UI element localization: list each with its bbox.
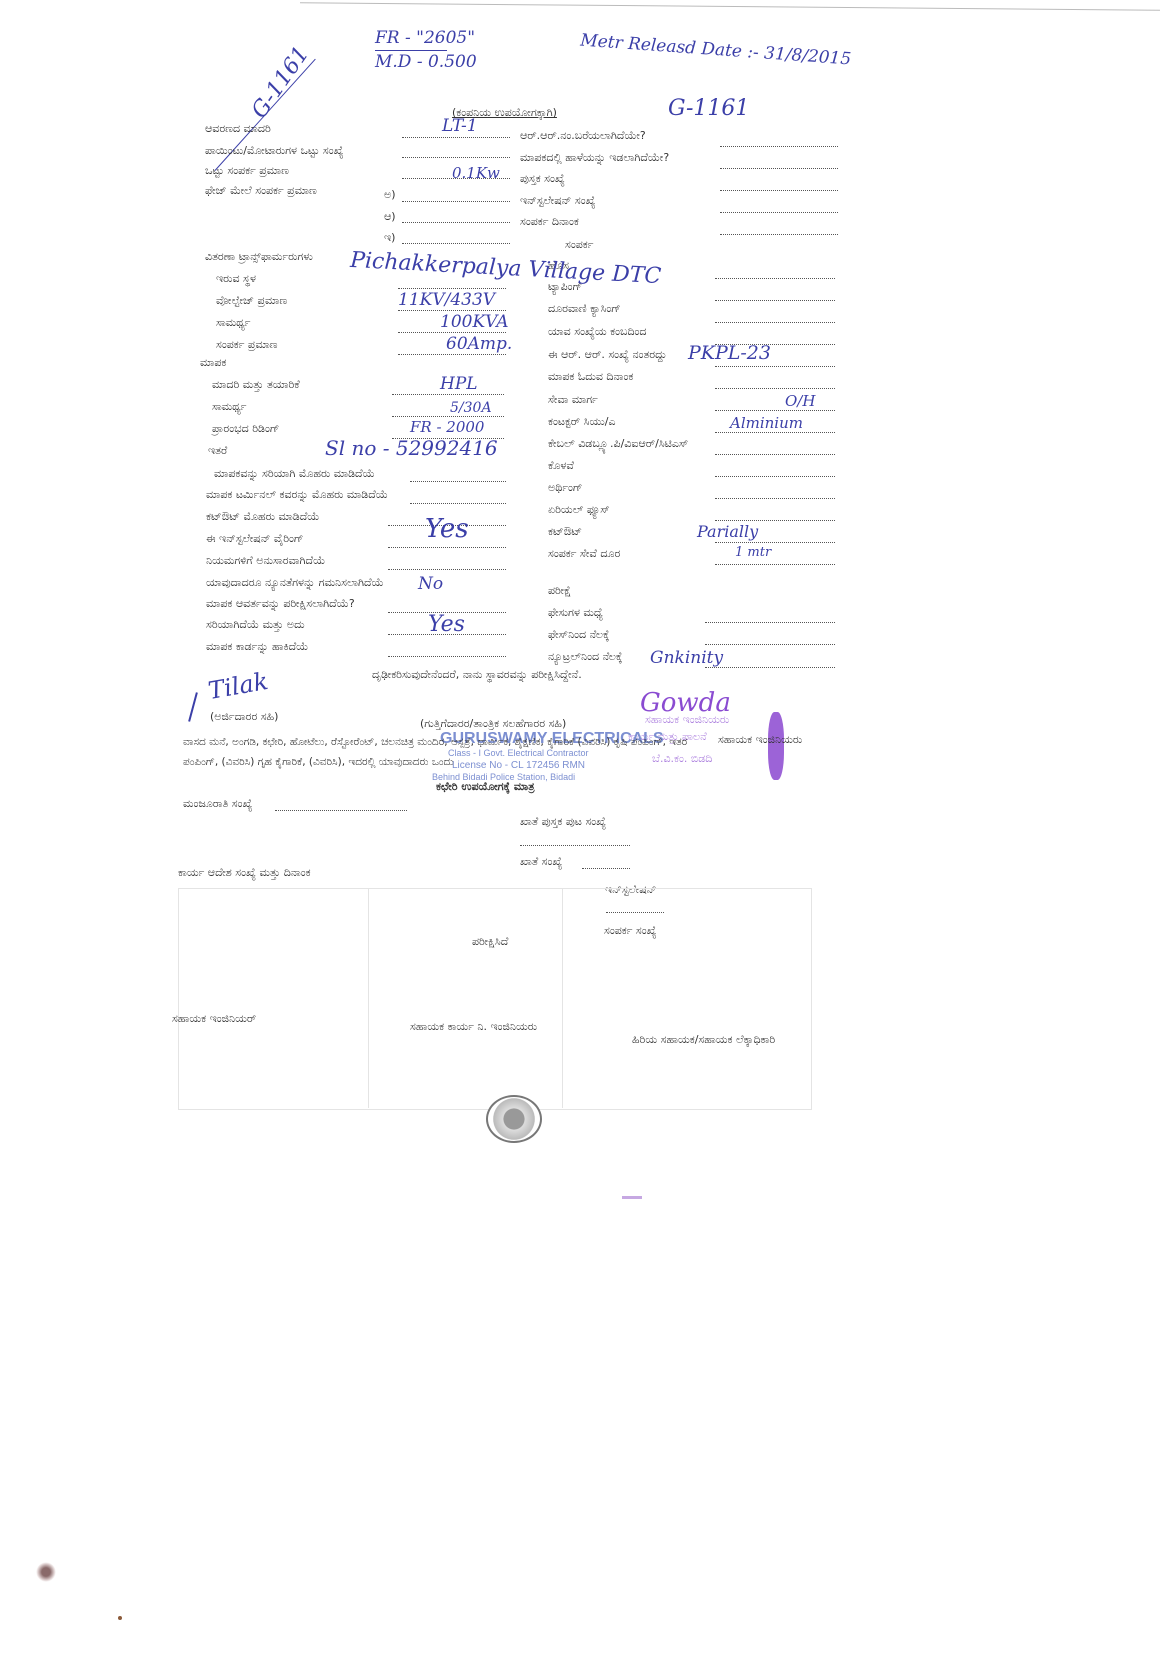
applicant-signature: Tilak [206,667,270,705]
meter-capacity-label: ಸಾಮರ್ಥ್ಯ [212,400,247,414]
contractor-stamp-class: Class - I Govt. Electrical Contractor [448,748,589,758]
contactor-label: ಕಂಟಕ್ಟರ್ ಸಿಯು/ಎ [548,415,616,429]
test-label: ಪರೀಕ್ಷೆ [548,584,571,598]
others-label: ಇತರೆ [208,444,227,458]
new-field[interactable] [715,278,835,279]
voltage-value: 11KV/433V [398,290,495,310]
page-edge [300,2,1160,11]
transformer-heading: ವಿತರಣಾ ಟ್ರಾನ್ಸ್‌ಫಾರ್ಮರುಗಳು [205,250,313,264]
contractor-sign-label: (ಗುತ್ತಿಗೆದಾರರ/ತಾಂತ್ರಿಕ ಸಲಹೆಗಾರರ ಸಹಿ) [420,717,566,731]
fraction-line [375,50,447,51]
location-value: Pichakkerpalya Village DTC [350,248,662,289]
service-distance-value: Parially [697,522,758,541]
service-distance-label: ಸಂಪರ್ಕ ಸೇವೆ ದೂರ [548,547,620,561]
terminal-sealed-label: ಮಾಪಕ ಟರ್ಮಿನಲ್ ಕವರನ್ನು ಮೊಹರು ಮಾಡಿದೆಯೆ [206,488,388,502]
phone-casing-label: ದೂರವಾಣಿ ಕ್ಯಾಸಿಂಗ್ [548,302,621,316]
meter-card-label: ಮಾಪಕ ಕಾರ್ಡನ್ನು ಹಾಕಿದೆಯೆ [206,640,308,654]
approval-no-field[interactable] [275,810,407,811]
wiring-field[interactable] [388,547,506,548]
cable-field[interactable] [715,454,835,455]
accounts-officer-label: ಹಿರಿಯ ಸಹಾಯಕ/ಸಹಾಯಕ ಲೆಕ್ಕಾಧಿಕಾರಿ [632,1033,775,1047]
between-phases-label: ಫೇಸುಗಳ ಮಧ್ಯೆ [548,606,603,620]
service-line-value: O/H [785,392,815,410]
office-use-label: ಕಛೇರಿ ಉಪಯೋಗಕ್ಕೆ ಮಾತ್ರ [436,780,535,794]
applicant-sign-label: (ಅರ್ಜಿದಾರರ ಸಹಿ) [210,710,278,724]
phase-b-field[interactable] [402,222,510,223]
between-phases-field[interactable] [705,622,835,623]
serial-no-value: Sl no - 52992416 [325,436,498,460]
premises-type-value: LT-1 [442,116,478,136]
file-number-diagonal: G-1161 [247,42,314,123]
installation-no-field[interactable] [720,212,838,213]
md-annotation: M.D - 0.500 [375,52,477,72]
phone-casing-field[interactable] [715,322,835,323]
rr-no-written-label: ಆರ್.ಆರ್.ನಂ.ಬರೆಯಲಾಗಿದೆಯೇ? [520,129,646,143]
points-motors-label: ಪಾಯಿಂಟು/ಮೋಟಾರುಗಳ ಒಟ್ಟು ಸಂಖ್ಯೆ [205,144,344,158]
applicant-sign-stroke [188,692,198,721]
book-no-label: ಪುಸ್ತಕ ಸಂಖ್ಯೆ [520,172,565,186]
work-order-label: ಕಾರ್ಯ ಆದೇಶ ಸಂಖ್ಯೆ ಮತ್ತು ದಿನಾಂಕ [178,866,311,880]
service-line-label: ಸೇವಾ ಮಾರ್ಗ [548,393,598,407]
aerial-fuse-field[interactable] [715,520,835,521]
meter-sheet-field[interactable] [720,168,838,169]
cutout-sealed-label: ಕಟ್‌ಔಟ್ ಮೊಹರು ಮಾಡಿದೆಯೆ [206,510,319,524]
rr-no-written-field[interactable] [720,146,838,147]
capacity-label: ಸಾಮರ್ಥ್ಯ [216,316,251,330]
officer-stamp-line-3: ಬೆ.ವಿ.ಕಂ. ಬಿಡದಿ [652,752,712,766]
phase-c-marker: ಇ) [384,231,395,245]
connection-label: ಸಂಪರ್ಕ [565,238,593,252]
location-field[interactable] [398,288,506,289]
location-label: ಇರುವ ಸ್ಥಳ [216,272,256,286]
pole-no-label: ಯಾವ ಸಂಖ್ಯೆಯ ಕಂಬದಿಂದ [548,325,647,339]
connection-rating-label: ಸಂಪರ್ಕ ಪ್ರಮಾಣ [216,338,278,352]
certify-text: ದೃಢೀಕರಿಸುವುದೇನೆಂದರೆ, ನಾನು ಸ್ಥಾವರವನ್ನು ಪರ… [372,668,582,682]
meter-card-yes: Yes [428,612,465,637]
earthing-label: ಅರ್ಥಿಂಗ್ [548,481,582,495]
connection-date-label: ಸಂಪರ್ಕ ದಿನಾಂಕ [520,215,579,229]
neutral-earth-label: ನ್ಯೂಟ್ರಲ್‌ನಿಂದ ನೆಲಕ್ಕೆ [548,650,622,664]
phase-load-label: ಫೇಜ್ ಮೇಲೆ ಸಂಪರ್ಕ ಪ್ರಮಾಣ [205,184,317,198]
voltage-label: ವೋಲ್ಟೇಜ್ ಪ್ರಮಾಣ [216,294,287,308]
after-rr-value: PKPL-23 [688,342,771,364]
cutout-field[interactable] [715,542,835,543]
meter-sealed-field[interactable] [410,481,506,482]
voltage-field[interactable] [398,310,506,311]
make-label: ಮಾದರಿ ಮತ್ತು ತಯಾರಿಕೆ [212,378,300,392]
meter-heading: ಮಾಪಕ [200,356,226,370]
account-no-label: ಖಾತೆ ಸಂಖ್ಯೆ [520,855,562,869]
terminal-sealed-field[interactable] [410,503,506,504]
earthing-field[interactable] [715,498,835,499]
phase-earth-label: ಫೇಸ್‌ನಿಂದ ನೆಲಕ್ಕೆ [548,628,609,642]
meter-card-field[interactable] [388,656,506,657]
scan-speck [36,1562,56,1582]
neutral-earth-field[interactable] [705,667,835,668]
meter-sheet-label: ಮಾಪಕದಲ್ಲಿ ಹಾಳೆಯನ್ನು ಇಡಲಾಗಿದೆಯೇ? [520,151,669,165]
checks-yes-bracket: Yes [425,514,469,544]
meter-release-date: Metr Releasd Date :- 31/8/2015 [580,31,852,70]
approval-no-label: ಮಂಜೂರಾತಿ ಸಂಖ್ಯೆ [183,797,252,811]
connection-rating-field[interactable] [398,354,506,355]
connection-rating-value: 60Amp. [446,334,512,354]
initial-reading-label: ಪ್ರಾರಂಭದ ರಿಡಿಂಗ್ [212,422,279,436]
points-field[interactable] [402,157,510,158]
defects-value: No [418,574,443,594]
total-load-value: 0.1Kw [452,164,500,182]
make-field[interactable] [392,394,504,395]
engineer-sign-label: ಸಹಾಯಕ ಇಂಜಿನಿಯರು [718,733,802,747]
bleedthrough-table [178,888,812,1110]
installation-no-label: ಇನ್‌ಸ್ಟಲೇಷನ್ ಸಂಖ್ಯೆ [520,194,596,208]
purple-mark [622,1196,642,1199]
premises-type-label: ಆವರಣದ ಮಾದರಿ [205,122,271,136]
cutout-label: ಕಟ್‌ಔಟ್ [548,525,582,539]
correct-label: ಸರಿಯಾಗಿದೆಯೆ ಮತ್ತು ಅದು [206,618,305,632]
distance-unit-value: 1 mtr [735,545,771,560]
ledger-page-field[interactable] [520,845,630,846]
book-no-field[interactable] [720,190,838,191]
assistant-exec-engineer-label: ಸಹಾಯಕ ಕಾರ್ಯ ನಿ. ಇಂಜಿನಿಯರು [410,1020,537,1034]
phase-a-field[interactable] [402,201,510,202]
wiring-label: ಈ ಇನ್‌ಸ್ಟಲೇಷನ್ ವೈರಿಂಗ್ [206,532,303,546]
service-line-field[interactable] [715,410,835,411]
capacity-value: 100KVA [440,312,509,332]
initial-reading-value: FR - 2000 [410,418,484,436]
contactor-field[interactable] [715,432,835,433]
meter-capacity-value: 5/30A [450,400,492,416]
service-distance-field[interactable] [715,564,835,565]
bleedthrough-divider-1 [368,888,369,1108]
defects-label: ಯಾವುದಾದರೂ ನ್ಯೂನತೆಗಳನ್ನು ಗಮನಿಸಲಾಗಿದೆಯೆ [206,576,384,590]
assistant-engineer-label: ಸಹಾಯಕ ಇಂಜಿನಿಯರ್ [172,1012,256,1026]
wiring-rules-label: ನಿಯಮಗಳಿಗೆ ಅನುಸಾರವಾಗಿದೆಯೆ [206,554,325,568]
contractor-stamp-license: License No - CL 172456 RMN [452,760,585,771]
meter-reading-date-label: ಮಾಪಕ ಓದುವ ದಿನಾಂಕ [548,370,633,384]
purpose-text-1: ವಾಸದ ಮನೆ, ಅಂಗಡಿ, ಕಛೇರಿ, ಹೋಟೆಲು, ರೆಸ್ಟೋರೆ… [183,736,687,749]
purpose-text-2: ಪಂಪಿಂಗ್, (ವಿವರಿಸಿ) ಗೃಹ ಕೈಗಾರಿಕೆ, (ವಿವರಿಸ… [183,756,454,769]
after-rr-label: ಈ ಆರ್. ಆರ್. ಸಂಖ್ಯೆ ನಂತರದ್ದು [548,348,667,362]
wiring-rules-field[interactable] [388,569,506,570]
meter-cycle-label: ಮಾಪಕ ಆವರ್ತವನ್ನು ಪರೀಕ್ಷಿಸಲಾಗಿದೆಯೆ? [206,597,355,611]
tapping-field[interactable] [715,300,835,301]
conduit-label: ಕೊಳವೆ [548,459,574,473]
file-number: G-1161 [668,96,749,121]
meter-sealed-label: ಮಾಪಕವನ್ನು ಸರಿಯಾಗಿ ಮೊಹರು ಮಾಡಿದೆಯೆ [214,467,375,481]
phase-c-field[interactable] [402,243,510,244]
cable-label: ಕೇಬಲ್ ವಿಡಬ್ಲ್ಯೂ.ಪಿ/ವಿಐಆರ್/ಸಿಟಿಎಸ್ [548,437,688,451]
scan-dot [118,1616,122,1620]
company-seal-icon [486,1095,542,1143]
conduit-field[interactable] [715,476,835,477]
ledger-page-label: ಖಾತೆ ಪುಸ್ತಕ ಪುಟ ಸಂಖ್ಯೆ [520,815,606,829]
phase-b-marker: ಆ) [384,210,396,224]
neutral-earth-value: Gnkinity [650,648,723,668]
aerial-fuse-label: ಏರಿಯಲ್ ಫ್ಯೂಸ್ [548,503,610,517]
make-value: HPL [440,374,478,394]
phase-earth-field[interactable] [705,644,835,645]
contactor-value: Alminium [730,414,803,432]
officer-stamp-line-1: ಸಹಾಯಕ ಇಂಜಿನಿಯರು [645,713,729,727]
connection-date-field[interactable] [720,234,838,235]
after-rr-field[interactable] [715,366,835,367]
bleedthrough-divider-2 [562,888,563,1108]
meter-capacity-field[interactable] [392,416,504,417]
fr-annotation: FR - "2605" [375,28,475,48]
capacity-field[interactable] [398,332,506,333]
premises-type-field[interactable] [402,137,510,138]
account-no-field[interactable] [582,868,630,869]
phase-a-marker: ಅ) [384,188,396,202]
meter-reading-date-field[interactable] [715,388,835,389]
total-load-label: ಒಟ್ಟು ಸಂಪರ್ಕ ಪ್ರಮಾಣ [205,164,289,178]
